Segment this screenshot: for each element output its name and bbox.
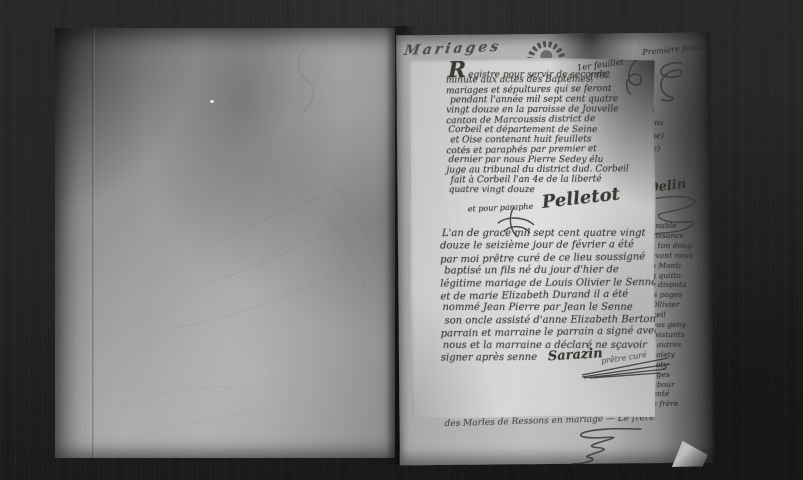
baptism-act-paragraph: L'an de grace mil sept cent quatre vingt… [440,227,660,365]
parchment-scratches [55,28,395,458]
register-top-inscription: Mariages [403,39,503,59]
act-line: baptisé un fils né du jour d'hier de [444,264,663,278]
opening-line: Registre pour servir de seconde [448,65,630,75]
fan-flourish-icon [580,355,672,379]
paraph-squiggle-icon [652,59,692,103]
page-corner-fold [672,441,708,467]
opening-line: pendant l'année mil sept cent quatre [450,94,632,105]
act-line: nommé Jean Pierre par Jean le Senne [442,302,661,315]
act-line: parrain et marraine le parrain a signé a… [441,325,660,341]
act-line: L'an de grace mil sept cent quatre vingt [442,228,661,241]
spiral-flourish-icon [546,425,646,466]
microfilm-register-scan: Mariages Première feuille ta lans rue) l… [0,0,803,480]
left-blank-page [55,28,395,458]
next-page-header-fragment: Première feuille [642,42,708,57]
register-opening-paragraph: Registre pour servir de seconde minute a… [446,64,629,195]
opening-line: dernier par nous Pierre Sedey élu [448,155,630,165]
embossed-seal-icon [524,30,568,60]
